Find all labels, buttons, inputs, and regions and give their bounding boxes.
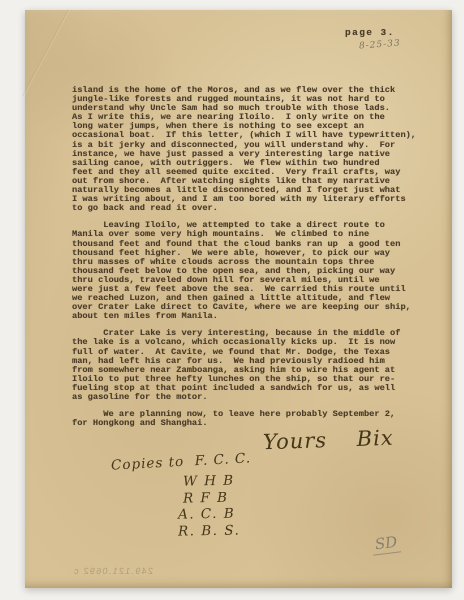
letter-paragraph: Leaving Iloilo, we attempted to take a d…: [72, 221, 446, 321]
photo-background: page 3. 8-25-33 island is the home of th…: [0, 0, 464, 600]
page-number: page 3.: [345, 27, 395, 38]
pencil-initials: SD: [371, 532, 402, 555]
letter-body: island is the home of the Moros, and as …: [72, 86, 446, 436]
copies-list-item: R F B: [183, 489, 251, 507]
copies-list-item: A. C. B: [178, 506, 251, 524]
copies-note: Copies to F. C. C. W H B R F B A. C. B R…: [111, 454, 251, 539]
letter-paragraph: Crater Lake is very interesting, because…: [72, 329, 446, 402]
signature: Yours Bix: [263, 426, 394, 455]
copies-heading: Copies to F. C. C.: [111, 450, 252, 473]
letter-page: page 3. 8-25-33 island is the home of th…: [25, 10, 452, 588]
date-annotation: 8-25-33: [359, 39, 401, 52]
letter-paragraph: island is the home of the Moros, and as …: [72, 86, 446, 213]
catalog-number-bleedthrough: 249.121.0692 c: [32, 566, 153, 576]
paper-crease: [22, 9, 70, 96]
copies-list-item: R. B. S.: [178, 522, 251, 540]
copies-list: W H B R F B A. C. B R. B. S.: [183, 473, 251, 539]
copies-list-item: W H B: [183, 472, 251, 490]
